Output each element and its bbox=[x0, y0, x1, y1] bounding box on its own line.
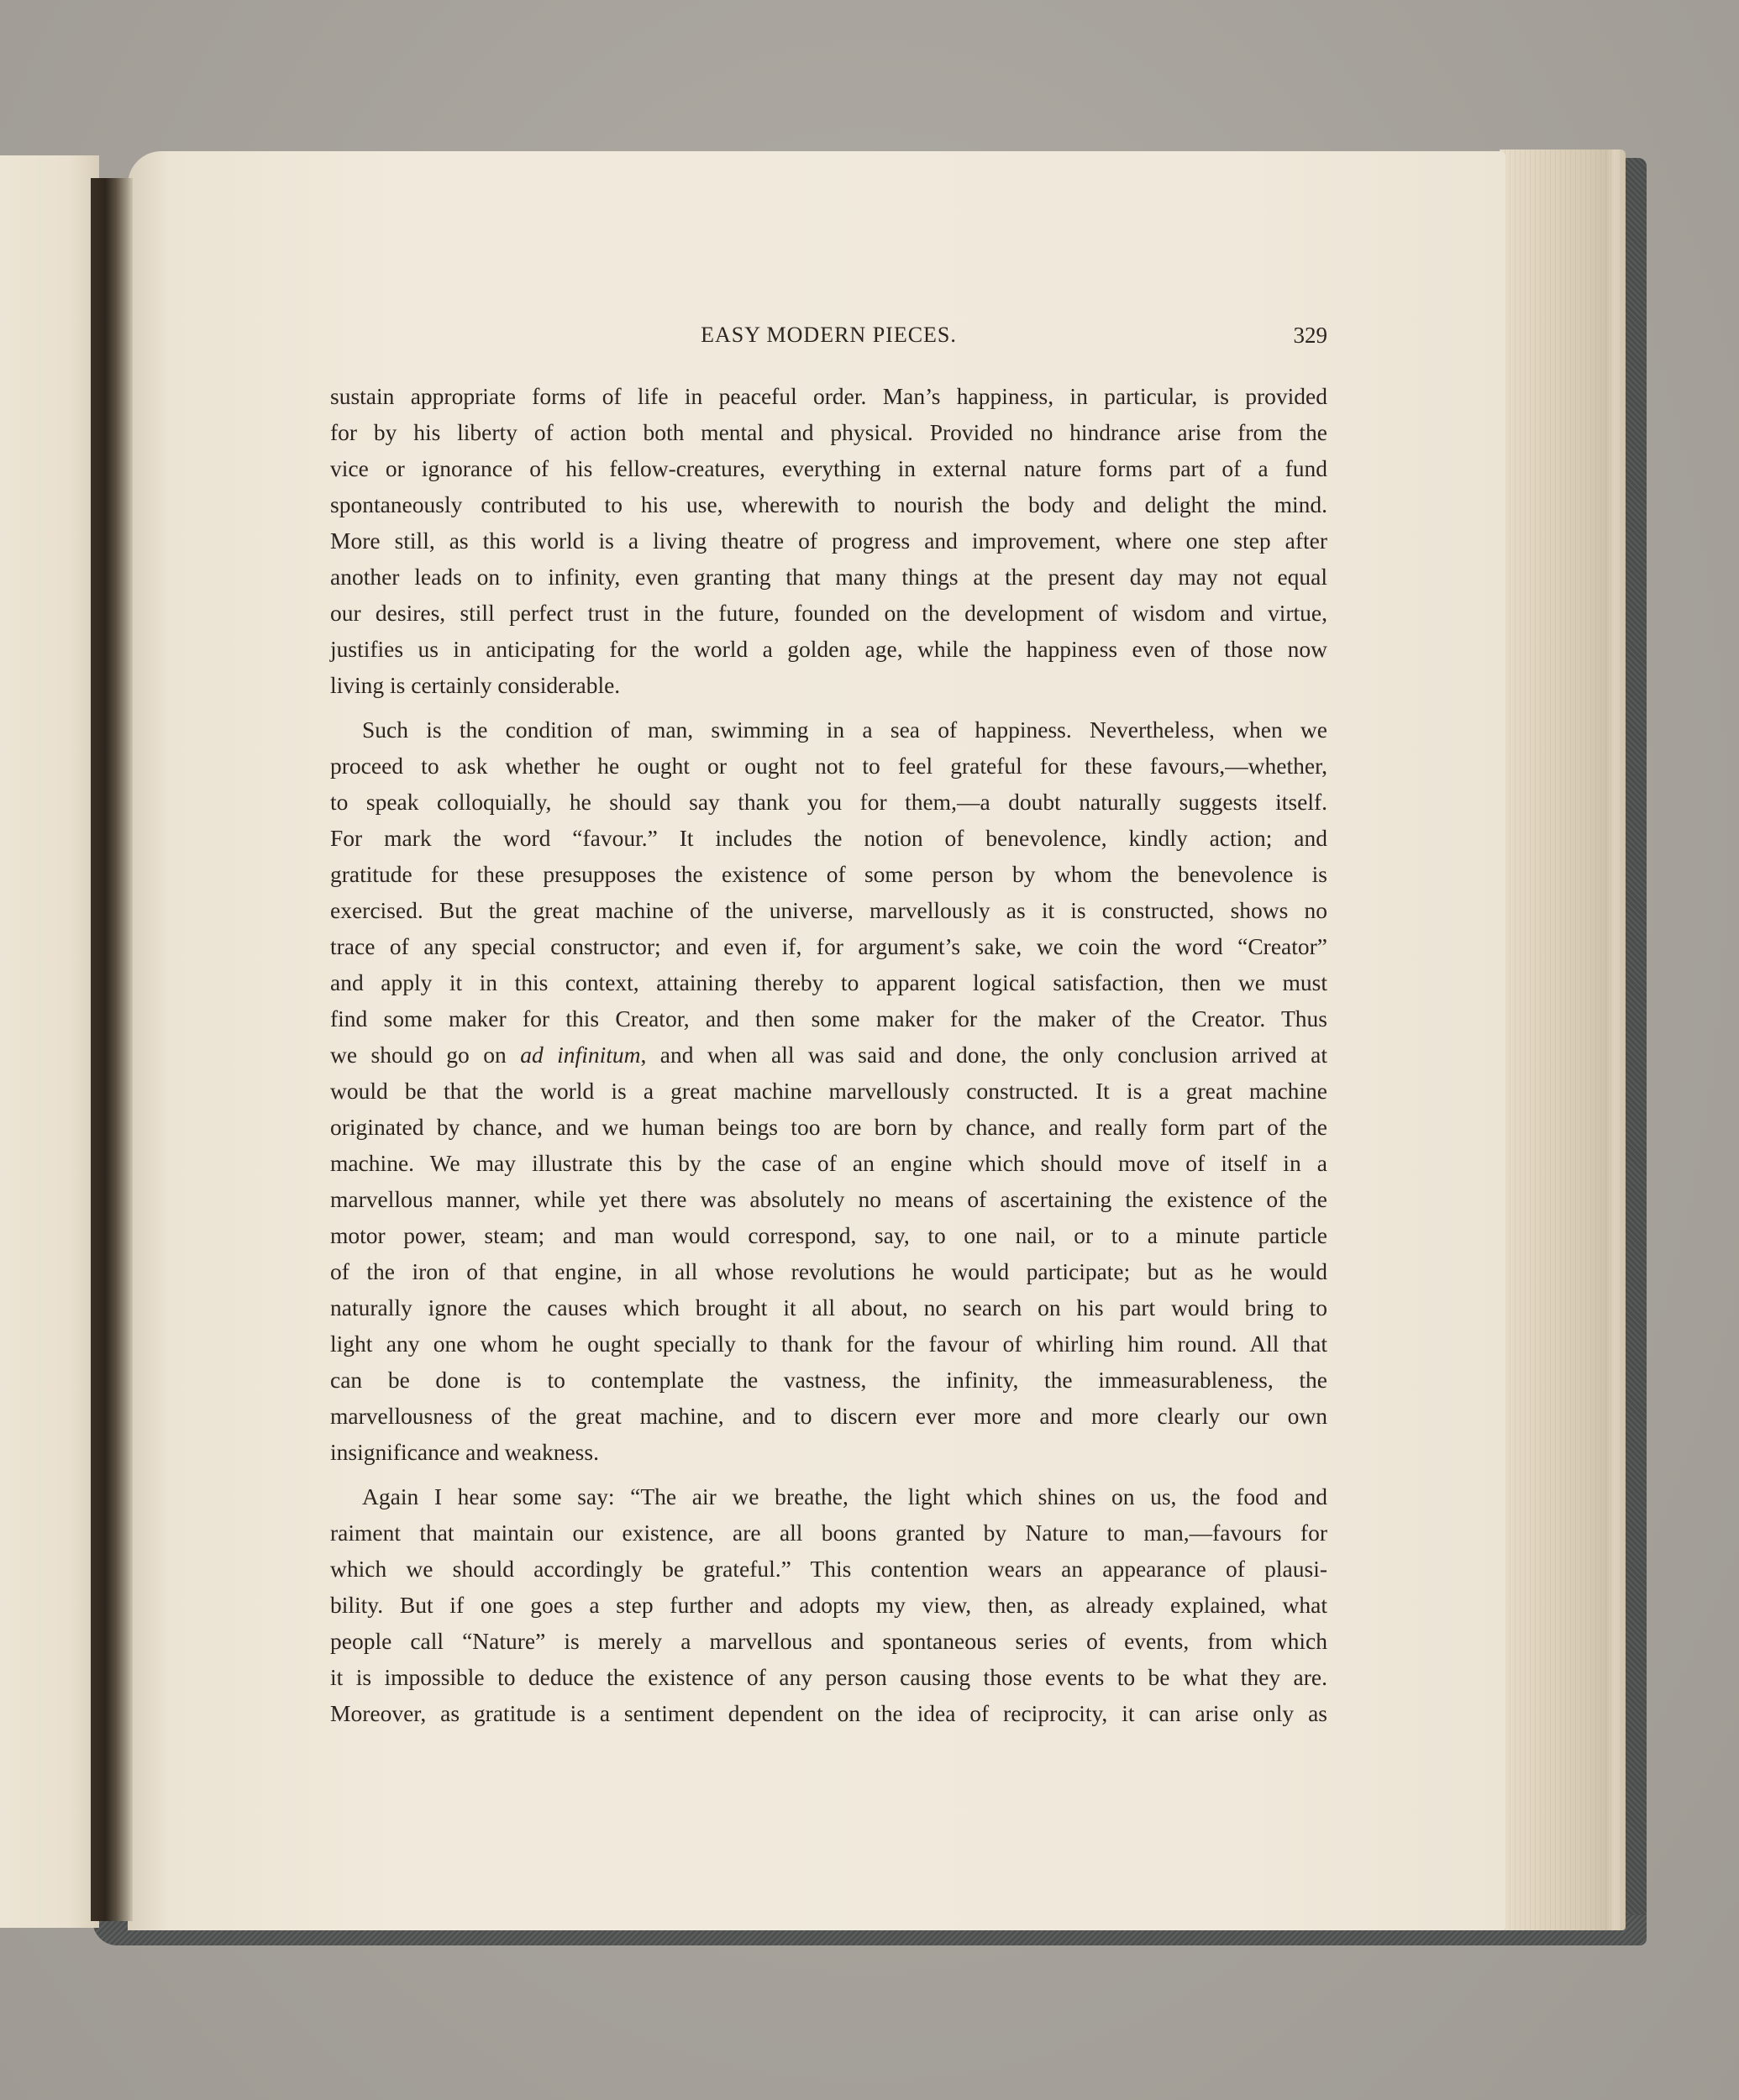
text-line: people call “Nature” is merely a marvell… bbox=[330, 1623, 1327, 1659]
text-line: justifies us in anticipating for the wor… bbox=[330, 631, 1327, 667]
italic-phrase: ad infinitum bbox=[520, 1042, 640, 1068]
paragraph-gap bbox=[330, 1470, 1327, 1478]
text-line: bility. But if one goes a step further a… bbox=[330, 1587, 1327, 1623]
text-line: Again I hear some say: “The air we breat… bbox=[330, 1478, 1327, 1515]
text-line: we should go on ad infinitum, and when a… bbox=[330, 1037, 1327, 1073]
running-title: EASY MODERN PIECES. bbox=[330, 323, 1327, 348]
text-line: another leads on to infinity, even grant… bbox=[330, 559, 1327, 595]
text-line: trace of any special constructor; and ev… bbox=[330, 928, 1327, 964]
text-line: to speak colloquially, he should say tha… bbox=[330, 784, 1327, 820]
text-line: find some maker for this Creator, and th… bbox=[330, 1000, 1327, 1037]
text-line: would be that the world is a great machi… bbox=[330, 1073, 1327, 1109]
book-gutter bbox=[91, 178, 133, 1921]
page-number: 329 bbox=[1294, 323, 1328, 349]
text-line: More still, as this world is a living th… bbox=[330, 522, 1327, 559]
text-line: living is certainly considerable. bbox=[330, 667, 1327, 703]
text-line: machine. We may illustrate this by the c… bbox=[330, 1145, 1327, 1181]
paragraph: Such is the condition of man, swimming i… bbox=[330, 711, 1327, 1470]
body-text: sustain appropriate forms of life in pea… bbox=[330, 378, 1327, 1731]
text-line: of the iron of that engine, in all whose… bbox=[330, 1253, 1327, 1289]
text-line: and apply it in this context, attaining … bbox=[330, 964, 1327, 1000]
paragraph: Again I hear some say: “The air we breat… bbox=[330, 1478, 1327, 1731]
text-line: exercised. But the great machine of the … bbox=[330, 892, 1327, 928]
text-line: spontaneously contributed to his use, wh… bbox=[330, 486, 1327, 522]
paragraph: sustain appropriate forms of life in pea… bbox=[330, 378, 1327, 703]
text-line: proceed to ask whether he ought or ought… bbox=[330, 748, 1327, 784]
text-line: naturally ignore the causes which brough… bbox=[330, 1289, 1327, 1326]
text-line: light any one whom he ought specially to… bbox=[330, 1326, 1327, 1362]
text-line: our desires, still perfect trust in the … bbox=[330, 595, 1327, 631]
text-line: it is impossible to deduce the existence… bbox=[330, 1659, 1327, 1695]
text-line: Moreover, as gratitude is a sentiment de… bbox=[330, 1695, 1327, 1731]
text-line: marvellousness of the great machine, and… bbox=[330, 1398, 1327, 1434]
text-line: raiment that maintain our existence, are… bbox=[330, 1515, 1327, 1551]
page-stack-edges bbox=[1500, 150, 1626, 1930]
text-line: which we should accordingly be grateful.… bbox=[330, 1551, 1327, 1587]
text-line: insignificance and weakness. bbox=[330, 1434, 1327, 1470]
text-line: gratitude for these presupposes the exis… bbox=[330, 856, 1327, 892]
paragraph-gap bbox=[330, 703, 1327, 711]
left-page bbox=[0, 155, 99, 1928]
text-line: For mark the word “favour.” It includes … bbox=[330, 820, 1327, 856]
text-line: motor power, steam; and man would corres… bbox=[330, 1217, 1327, 1253]
text-line: originated by chance, and we human being… bbox=[330, 1109, 1327, 1145]
text-line: sustain appropriate forms of life in pea… bbox=[330, 378, 1327, 414]
text-line: Such is the condition of man, swimming i… bbox=[330, 711, 1327, 748]
running-head: EASY MODERN PIECES. 329 bbox=[330, 323, 1327, 356]
text-line: marvellous manner, while yet there was a… bbox=[330, 1181, 1327, 1217]
text-line: vice or ignorance of his fellow-creature… bbox=[330, 450, 1327, 486]
text-line: for by his liberty of action both mental… bbox=[330, 414, 1327, 450]
text-line: can be done is to contemplate the vastne… bbox=[330, 1362, 1327, 1398]
